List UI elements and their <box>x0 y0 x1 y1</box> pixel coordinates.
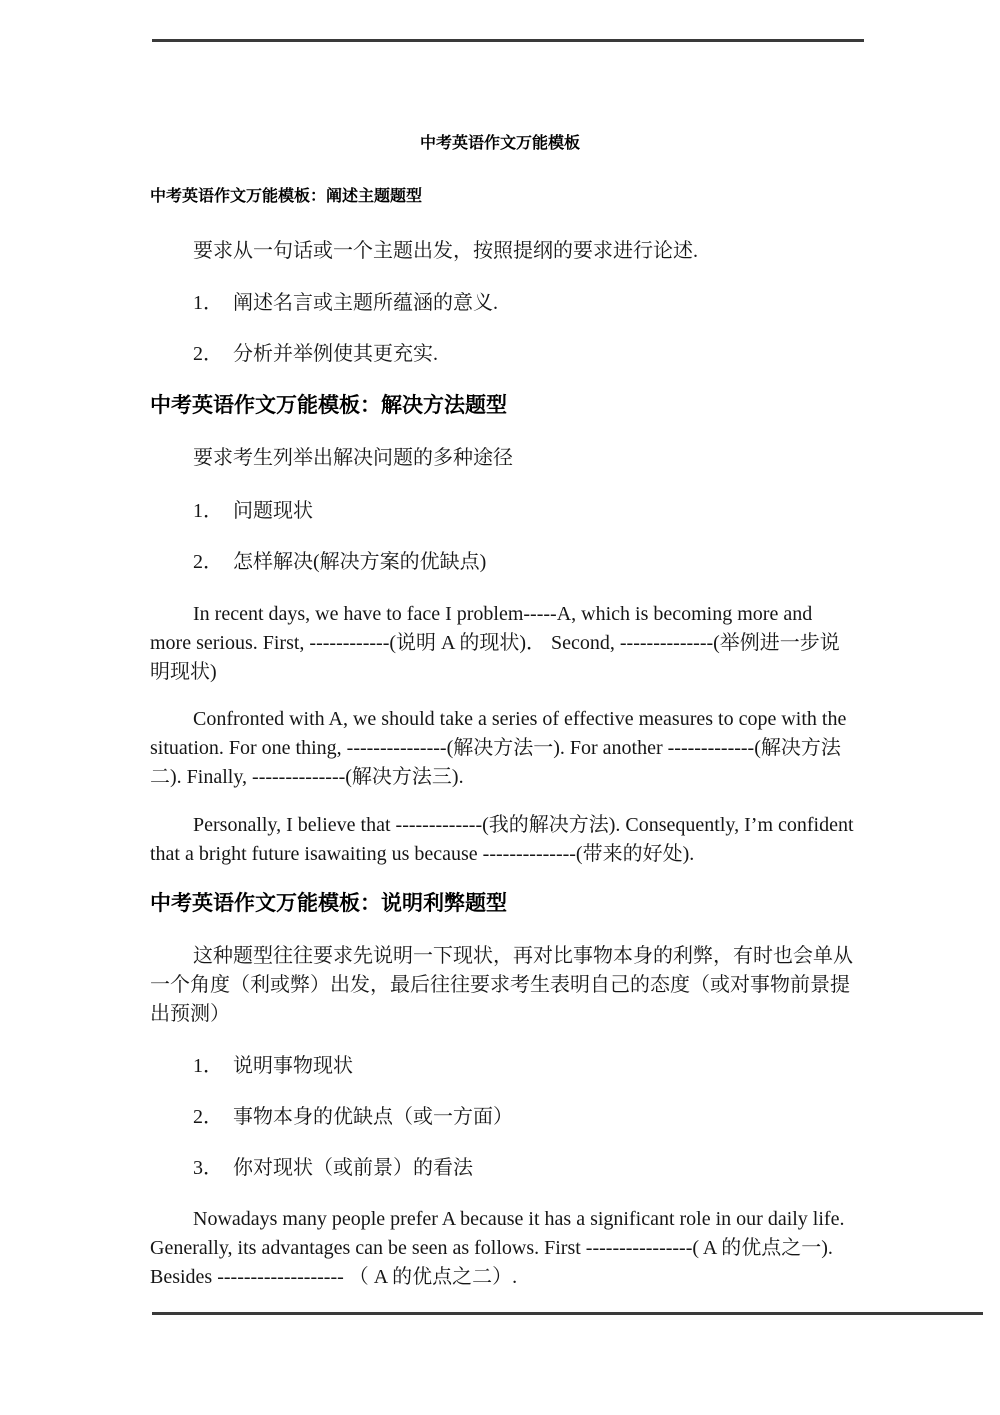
section-3-item-3: 3． 你对现状（或前景）的看法 <box>193 1154 858 1183</box>
bottom-divider <box>152 1312 983 1315</box>
section-1-heading: 中考英语作文万能模板：阐述主题题型 <box>150 187 860 207</box>
section-2-paragraph-3: Personally, I believe that -------------… <box>150 811 858 869</box>
top-divider <box>152 39 864 42</box>
section-3-item-2: 2． 事物本身的优缺点（或一方面） <box>193 1103 858 1132</box>
section-2-heading: 中考英语作文万能模板：解决方法题型 <box>150 393 860 418</box>
section-3-intro: 这种题型往往要求先说明一下现状，再对比事物本身的利弊，有时也会单从一个角度（利或… <box>150 942 858 1029</box>
section-1-item-2: 2． 分析并举例使其更充实. <box>193 340 858 369</box>
section-2-item-1: 1． 问题现状 <box>193 497 858 526</box>
section-3-paragraph-1: Nowadays many people prefer A because it… <box>150 1205 858 1292</box>
section-2-intro: 要求考生列举出解决问题的多种途径 <box>150 444 858 473</box>
section-1-intro: 要求从一句话或一个主题出发，按照提纲的要求进行论述. <box>150 237 858 266</box>
section-1-item-1: 1． 阐述名言或主题所蕴涵的意义. <box>193 289 858 318</box>
section-2-paragraph-1: In recent days, we have to face I proble… <box>150 600 858 687</box>
section-3-item-1: 1． 说明事物现状 <box>193 1052 858 1081</box>
document-page: 中考英语作文万能模板 中考英语作文万能模板：阐述主题题型 要求从一句话或一个主题… <box>0 0 1000 1415</box>
section-2-paragraph-2: Confronted with A, we should take a seri… <box>150 705 858 792</box>
document-title: 中考英语作文万能模板 <box>0 134 1000 154</box>
section-3-heading: 中考英语作文万能模板：说明利弊题型 <box>150 891 860 916</box>
section-2-item-2: 2． 怎样解决(解决方案的优缺点) <box>193 548 858 577</box>
